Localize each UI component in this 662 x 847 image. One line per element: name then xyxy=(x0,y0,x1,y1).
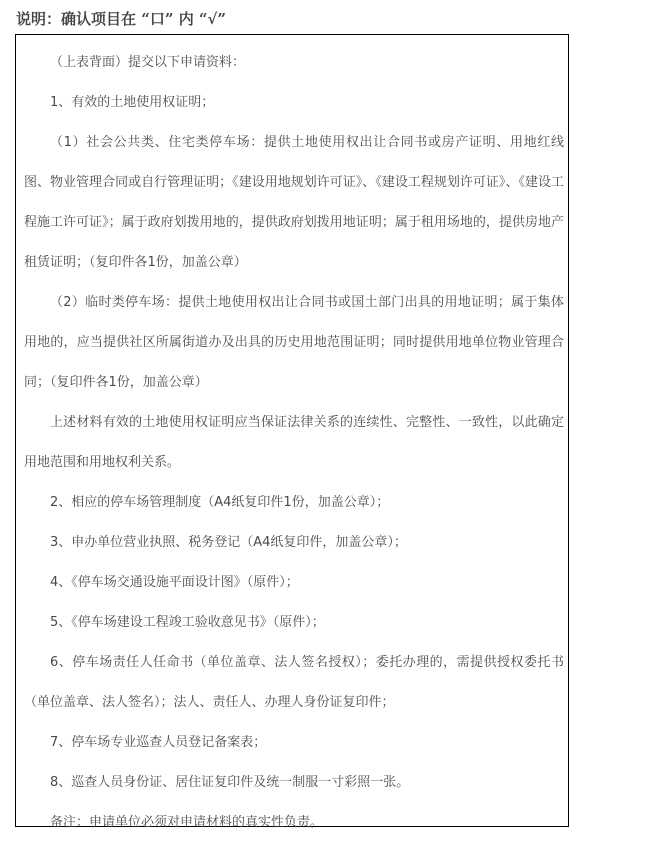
item-1-land-use-certificate: 1、有效的土地使用权证明； xyxy=(24,83,564,123)
item-1-2-temporary-parking: （2）临时类停车场：提供土地使用权出让合同书或国土部门出具的用地证明；属于集体用… xyxy=(24,283,564,403)
item-4-traffic-facility-plan: 4、《停车场交通设施平面设计图》（原件）； xyxy=(24,563,564,603)
remark: 备注：申请单位必须对申请材料的真实性负责。 xyxy=(24,803,564,843)
instruction-title: 说明：确认项目在 “口” 内 “√” xyxy=(16,8,226,30)
item-7-patrol-staff-registry: 7、停车场专业巡查人员登记备案表； xyxy=(24,723,564,763)
item-6-appointment-letter: 6、停车场责任人任命书（单位盖章、法人签名授权）；委托办理的，需提供授权委托书（… xyxy=(24,643,564,723)
item-1-1-public-residential-parking: （1）社会公共类、住宅类停车场：提供土地使用权出让合同书或房产证明、用地红线图、… xyxy=(24,123,564,283)
materials-content: （上表背面）提交以下申请资料： 1、有效的土地使用权证明； （1）社会公共类、住… xyxy=(24,43,564,843)
item-2-management-rules: 2、相应的停车场管理制度（A4纸复印件1份，加盖公章）； xyxy=(24,483,564,523)
item-8-patrol-staff-id: 8、巡查人员身份证、居住证复印件及统一制服一寸彩照一张。 xyxy=(24,763,564,803)
item-3-business-license: 3、申办单位营业执照、税务登记（A4纸复印件，加盖公章）； xyxy=(24,523,564,563)
materials-box: （上表背面）提交以下申请资料： 1、有效的土地使用权证明； （1）社会公共类、住… xyxy=(15,34,569,827)
item-5-completion-acceptance: 5、《停车场建设工程竣工验收意见书》（原件）； xyxy=(24,603,564,643)
intro-paragraph: （上表背面）提交以下申请资料： xyxy=(24,43,564,83)
item-1-note: 上述材料有效的土地使用权证明应当保证法律关系的连续性、完整性、一致性，以此确定用… xyxy=(24,403,564,483)
